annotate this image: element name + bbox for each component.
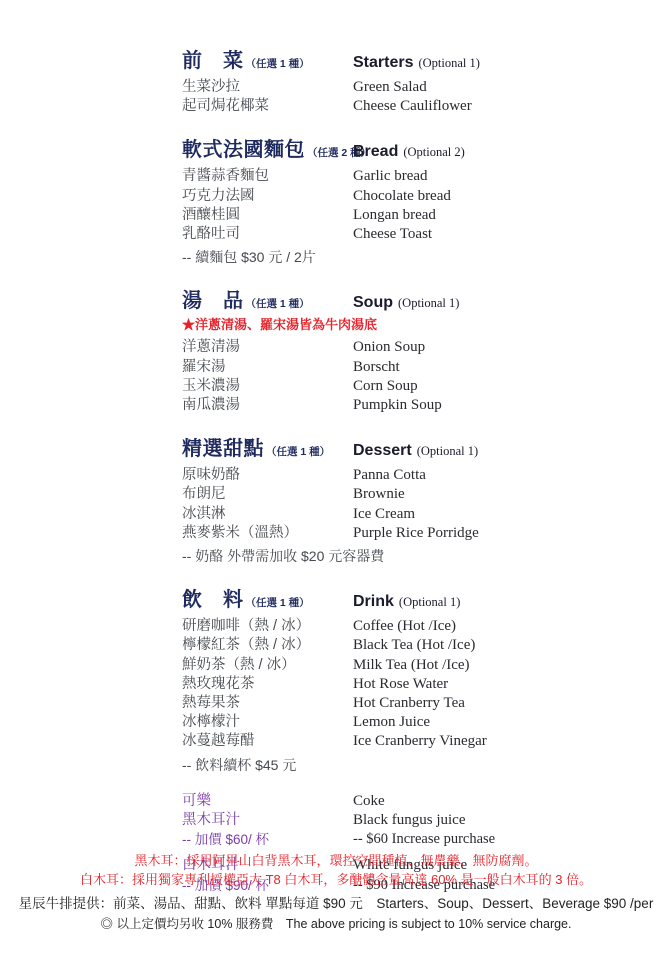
menu-item-zh: 玉米濃湯	[182, 377, 353, 396]
section-optional-en: (Optional 1)	[418, 56, 479, 70]
menu-item-en: Pumpkin Soup	[353, 396, 648, 415]
section-optional-zh: （任選 1 種）	[266, 446, 330, 458]
section-optional-en: (Optional 1)	[417, 444, 478, 458]
menu-item-en: Cheese Toast	[353, 225, 648, 244]
menu-item-zh: 冰蔓越莓醋	[182, 732, 353, 751]
section-optional-zh: （任選 1 種）	[246, 597, 310, 609]
menu-item-zh: 冰淇淋	[182, 505, 353, 524]
menu-item-row: 玉米濃湯Corn Soup	[182, 377, 648, 396]
menu-item-en: Green Salad	[353, 78, 648, 97]
section-heading: 軟式法國麵包（任選 2 種）Bread(Optional 2)	[182, 133, 648, 162]
menu-item-zh: 乳酪吐司	[182, 225, 353, 244]
menu-section-starters: 前 菜（任選 1 種）Starters(Optional 1)生菜沙拉Green…	[182, 44, 648, 116]
menu-item-row: 檸檬紅茶（熱 / 冰）Black Tea (Hot /Ice)	[182, 636, 648, 655]
menu-page: 前 菜（任選 1 種）Starters(Optional 1)生菜沙拉Green…	[0, 0, 672, 960]
menu-item-zh: 南瓜濃湯	[182, 396, 353, 415]
section-heading-zh: 前 菜（任選 1 種）	[182, 44, 353, 73]
menu-item-en: Chocolate bread	[353, 187, 648, 206]
section-heading: 飲 料（任選 1 種）Drink(Optional 1)	[182, 583, 648, 612]
fungus-juice-zh: 黑木耳汁	[182, 811, 353, 830]
section-heading-zh: 精選甜點（任選 1 種）	[182, 432, 353, 461]
fungus-juice-price-zh: -- 加價 $60/ 杯	[182, 830, 353, 849]
section-title-en: Bread	[353, 143, 398, 160]
menu-item-zh: 研磨咖啡（熱 / 冰）	[182, 617, 353, 636]
fungus-juice-price-en: -- $60 Increase purchase	[353, 830, 648, 849]
section-optional-zh: （任選 1 種）	[246, 58, 310, 70]
menu-item-en: Panna Cotta	[353, 466, 648, 485]
menu-section-soup: 湯 品（任選 1 種）Soup(Optional 1)★洋蔥清湯、羅宋湯皆為牛肉…	[182, 284, 648, 415]
section-footnote: -- 續麵包 $30 元 / 2片	[182, 248, 648, 267]
section-footnote: -- 飲料續杯 $45 元	[182, 756, 648, 775]
section-title-zh: 飲 料	[182, 589, 244, 611]
menu-item-zh: 熱玫瑰花茶	[182, 675, 353, 694]
section-heading: 精選甜點（任選 1 種）Dessert(Optional 1)	[182, 432, 648, 461]
section-optional-en: (Optional 1)	[399, 595, 460, 609]
menu-item-zh: 原味奶酪	[182, 466, 353, 485]
section-heading: 前 菜（任選 1 種）Starters(Optional 1)	[182, 44, 648, 73]
section-heading-en: Starters(Optional 1)	[353, 54, 648, 72]
menu-item-en: Ice Cranberry Vinegar	[353, 732, 648, 751]
section-heading-en: Dessert(Optional 1)	[353, 442, 648, 460]
menu-item-row: 起司焗花椰菜Cheese Cauliflower	[182, 97, 648, 116]
menu-item-zh: 起司焗花椰菜	[182, 97, 353, 116]
section-optional-en: (Optional 2)	[403, 145, 464, 159]
menu-item-en: Ice Cream	[353, 505, 648, 524]
menu-item-row: 燕麥紫米（溫熱）Purple Rice Porridge	[182, 524, 648, 543]
fungus-juice-en: Black fungus juice	[353, 811, 648, 830]
menu-item-row: 南瓜濃湯Pumpkin Soup	[182, 396, 648, 415]
section-title-en: Dessert	[353, 442, 412, 459]
menu-item-zh: 檸檬紅茶（熱 / 冰）	[182, 636, 353, 655]
white-fungus-note: 白木耳：採用獨家專利授權亞大 T8 白木耳，多醣體含量高達 60% 是一般白木耳…	[0, 870, 672, 889]
menu-item-zh: 洋蔥清湯	[182, 338, 353, 357]
menu-item-row: 布朗尼Brownie	[182, 485, 648, 504]
section-heading-en: Drink(Optional 1)	[353, 593, 648, 611]
section-footnote: -- 奶酪 外帶需加收 $20 元容器費	[182, 547, 648, 566]
menu-item-row: 冰蔓越莓醋Ice Cranberry Vinegar	[182, 732, 648, 751]
section-heading-zh: 軟式法國麵包（任選 2 種）	[182, 133, 353, 162]
service-charge-note: ◎ 以上定價均另收 10% 服務費 The above pricing is s…	[0, 914, 672, 934]
menu-item-en: Onion Soup	[353, 338, 648, 357]
section-heading-en: Soup(Optional 1)	[353, 294, 648, 312]
menu-item-row: 冰淇淋Ice Cream	[182, 505, 648, 524]
section-title-zh: 湯 品	[182, 290, 244, 312]
menu-item-row: 巧克力法國Chocolate bread	[182, 187, 648, 206]
section-optional-zh: （任選 1 種）	[246, 298, 310, 310]
soup-warning-note: ★洋蔥清湯、羅宋湯皆為牛肉湯底	[182, 316, 648, 333]
menu-item-row: 生菜沙拉Green Salad	[182, 78, 648, 97]
menu-item-en: Coffee (Hot /Ice)	[353, 617, 648, 636]
section-heading-zh: 湯 品（任選 1 種）	[182, 284, 353, 313]
black-fungus-note: 黑木耳：採用阿里山白背黑木耳，環控空間種植、無農藥、無防腐劑。	[0, 851, 672, 870]
menu-item-row: 酒釀桂圓Longan bread	[182, 206, 648, 225]
menu-item-en: Longan bread	[353, 206, 648, 225]
fungus-juice-price-row: -- 加價 $60/ 杯-- $60 Increase purchase	[182, 830, 648, 849]
menu-item-zh: 青醬蒜香麵包	[182, 167, 353, 186]
menu-body: 前 菜（任選 1 種）Starters(Optional 1)生菜沙拉Green…	[182, 44, 648, 895]
section-heading-en: Bread(Optional 2)	[353, 143, 648, 161]
section-title-zh: 精選甜點	[182, 438, 264, 460]
menu-item-row: 青醬蒜香麵包Garlic bread	[182, 167, 648, 186]
menu-item-row: 乳酪吐司Cheese Toast	[182, 225, 648, 244]
menu-item-row: 鮮奶茶（熱 / 冰）Milk Tea (Hot /Ice)	[182, 656, 648, 675]
menu-item-en: Corn Soup	[353, 377, 648, 396]
menu-item-en: Hot Rose Water	[353, 675, 648, 694]
menu-item-zh: 羅宋湯	[182, 358, 353, 377]
pricing-note: 星辰牛排提供：前菜、湯品、甜點、飲料 單點每道 $90 元 Starters、S…	[0, 894, 672, 914]
menu-item-en: Lemon Juice	[353, 713, 648, 732]
menu-item-en: Purple Rice Porridge	[353, 524, 648, 543]
fungus-juice-group: 黑木耳汁Black fungus juice-- 加價 $60/ 杯-- $60…	[182, 811, 648, 849]
menu-item-zh: 燕麥紫米（溫熱）	[182, 524, 353, 543]
menu-item-zh: 生菜沙拉	[182, 78, 353, 97]
menu-item-en: Black Tea (Hot /Ice)	[353, 636, 648, 655]
menu-item-row: 冰檸檬汁Lemon Juice	[182, 713, 648, 732]
menu-item-zh: 布朗尼	[182, 485, 353, 504]
menu-item-en: Milk Tea (Hot /Ice)	[353, 656, 648, 675]
menu-section-drink: 飲 料（任選 1 種）Drink(Optional 1)研磨咖啡（熱 / 冰）C…	[182, 583, 648, 775]
menu-section-bread: 軟式法國麵包（任選 2 種）Bread(Optional 2)青醬蒜香麵包Gar…	[182, 133, 648, 267]
menu-item-zh: 熱莓果茶	[182, 694, 353, 713]
menu-section-dessert: 精選甜點（任選 1 種）Dessert(Optional 1)原味奶酪Panna…	[182, 432, 648, 566]
menu-item-zh: 酒釀桂圓	[182, 206, 353, 225]
menu-item-row: 熱玫瑰花茶Hot Rose Water	[182, 675, 648, 694]
section-title-en: Soup	[353, 294, 393, 311]
section-heading-zh: 飲 料（任選 1 種）	[182, 583, 353, 612]
section-heading: 湯 品（任選 1 種）Soup(Optional 1)	[182, 284, 648, 313]
menu-item-zh: 巧克力法國	[182, 187, 353, 206]
menu-item-en: Borscht	[353, 358, 648, 377]
menu-item-en: Hot Cranberry Tea	[353, 694, 648, 713]
menu-item-row: 羅宋湯Borscht	[182, 358, 648, 377]
section-title-zh: 前 菜	[182, 50, 244, 72]
coke-row: 可樂Coke	[182, 792, 648, 811]
menu-item-en: Garlic bread	[353, 167, 648, 186]
section-optional-en: (Optional 1)	[398, 296, 459, 310]
menu-footer: 黑木耳：採用阿里山白背黑木耳，環控空間種植、無農藥、無防腐劑。 白木耳：採用獨家…	[0, 851, 672, 934]
section-title-zh: 軟式法國麵包	[182, 139, 305, 161]
section-title-en: Starters	[353, 54, 413, 71]
coke-label-en: Coke	[353, 792, 648, 811]
menu-item-row: 洋蔥清湯Onion Soup	[182, 338, 648, 357]
menu-item-zh: 冰檸檬汁	[182, 713, 353, 732]
menu-item-en: Brownie	[353, 485, 648, 504]
menu-item-row: 熱莓果茶Hot Cranberry Tea	[182, 694, 648, 713]
menu-item-row: 研磨咖啡（熱 / 冰）Coffee (Hot /Ice)	[182, 617, 648, 636]
coke-label-zh: 可樂	[182, 792, 353, 811]
menu-item-zh: 鮮奶茶（熱 / 冰）	[182, 656, 353, 675]
menu-item-row: 原味奶酪Panna Cotta	[182, 466, 648, 485]
fungus-juice-row: 黑木耳汁Black fungus juice	[182, 811, 648, 830]
menu-item-en: Cheese Cauliflower	[353, 97, 648, 116]
section-title-en: Drink	[353, 593, 394, 610]
